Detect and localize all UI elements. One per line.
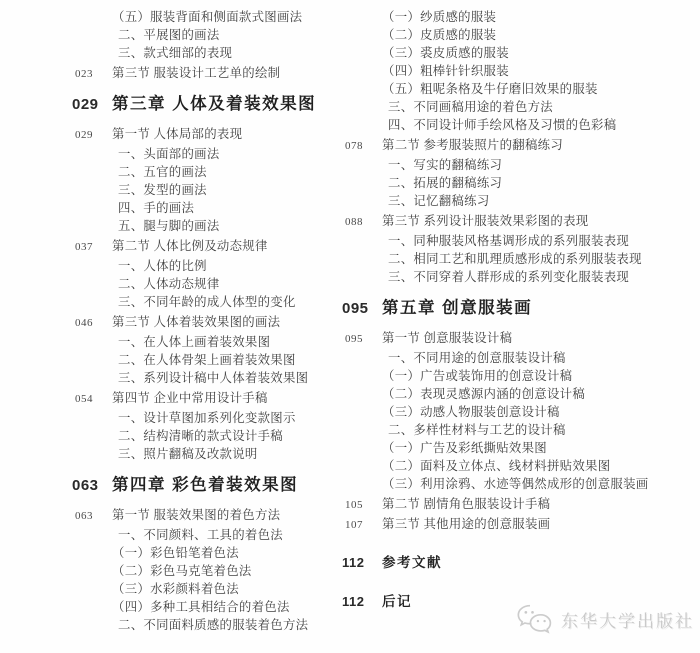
entry-title: 三、不同年龄的成人体型的变化 (118, 293, 296, 311)
entry-title: 第五章 创意服装画 (382, 296, 532, 320)
toc-column-right: （一）纱质感的服装（二）皮质感的服装（三）裘皮质感的服装（四）粗棒针针织服装（五… (332, 8, 694, 611)
toc-chapter: 095第五章 创意服装画 (332, 296, 694, 320)
entry-title: 第三节 其他用途的创意服装画 (382, 515, 550, 533)
entry-title: 三、不同画稿用途的着色方法 (388, 98, 553, 116)
toc-item: （二）表现灵感源内涵的创意设计稿 (332, 385, 694, 403)
toc-section: 023第三节 服装设计工艺单的绘制 (62, 64, 362, 82)
toc-item: 三、系列设计稿中人体着装效果图 (62, 369, 362, 387)
entry-title: 一、同种服装风格基调形成的系列服装表现 (388, 232, 629, 250)
entry-title: 第二节 人体比例及动态规律 (112, 237, 268, 255)
toc-chapter: 063第四章 彩色着装效果图 (62, 473, 362, 497)
toc-item: 二、在人体骨架上画着装效果图 (62, 351, 362, 369)
toc-section: 037第二节 人体比例及动态规律 (62, 237, 362, 255)
toc-item: 一、在人体上画着装效果图 (62, 333, 362, 351)
toc-item: 二、不同面料质感的服装着色方法 (62, 616, 362, 634)
entry-title: （二）皮质感的服装 (382, 26, 496, 44)
toc-section: 054第四节 企业中常用设计手稿 (62, 389, 362, 407)
toc-item: （五）粗呢条格及牛仔磨旧效果的服装 (332, 80, 694, 98)
toc-section: 029第一节 人体局部的表现 (62, 125, 362, 143)
toc-item: 一、头面部的画法 (62, 145, 362, 163)
toc-item: 三、照片翻稿及改款说明 (62, 445, 362, 463)
toc-item: 三、款式细部的表现 (62, 44, 362, 62)
entry-title: 一、设计草图加系列化变款图示 (118, 409, 296, 427)
toc-item: 二、平展图的画法 (62, 26, 362, 44)
toc-item: （一）广告及彩纸撕贴效果图 (332, 439, 694, 457)
toc-item: （一）纱质感的服装 (332, 8, 694, 26)
entry-title: 五、腿与脚的画法 (118, 217, 220, 235)
entry-title: （三）利用涂鸦、水迹等偶然成形的创意服装画 (382, 475, 649, 493)
entry-title: 一、头面部的画法 (118, 145, 220, 163)
toc-item: 三、不同穿着人群形成的系列变化服装表现 (332, 268, 694, 286)
publisher-name: 东华大学出版社 (561, 607, 694, 632)
page-number: 046 (62, 317, 112, 329)
entry-title: （二）表现灵感源内涵的创意设计稿 (382, 385, 585, 403)
entry-title: 第二节 剧情角色服装设计手稿 (382, 495, 550, 513)
page-number: 023 (62, 68, 112, 80)
toc-backmatter: 112参考文献 (332, 554, 694, 572)
toc-item: （三）裘皮质感的服装 (332, 44, 694, 62)
toc-item: 一、不同颜料、工具的着色法 (62, 526, 362, 544)
entry-title: 一、不同颜料、工具的着色法 (118, 526, 283, 544)
entry-title: 第四节 企业中常用设计手稿 (112, 389, 268, 407)
entry-title: 三、记忆翻稿练习 (388, 192, 490, 210)
toc-section: 105第二节 剧情角色服装设计手稿 (332, 495, 694, 513)
toc-item: 二、结构清晰的款式设计手稿 (62, 427, 362, 445)
entry-title: 第二节 参考服装照片的翻稿练习 (382, 136, 563, 154)
entry-title: 二、五官的画法 (118, 163, 207, 181)
toc-item: （一）彩色铅笔着色法 (62, 544, 362, 562)
toc-item: （一）广告或装饰用的创意设计稿 (332, 367, 694, 385)
entry-title: 二、相同工艺和肌理质感形成的系列服装表现 (388, 250, 642, 268)
toc-item: 一、人体的比例 (62, 257, 362, 275)
toc-item: 五、腿与脚的画法 (62, 217, 362, 235)
page-number: 105 (332, 499, 382, 511)
entry-title: 第一节 创意服装设计稿 (382, 329, 512, 347)
toc-item: 三、发型的画法 (62, 181, 362, 199)
entry-title: 一、人体的比例 (118, 257, 207, 275)
page-number: 054 (62, 393, 112, 405)
toc-item: 一、设计草图加系列化变款图示 (62, 409, 362, 427)
entry-title: 二、多样性材料与工艺的设计稿 (388, 421, 566, 439)
toc-item: 三、不同年龄的成人体型的变化 (62, 293, 362, 311)
entry-title: 三、款式细部的表现 (118, 44, 232, 62)
toc-item: 二、人体动态规律 (62, 275, 362, 293)
publisher-watermark: 东华大学出版社 (515, 599, 694, 639)
page-number: 112 (332, 555, 382, 570)
toc-section: 095第一节 创意服装设计稿 (332, 329, 694, 347)
toc-item: （二）皮质感的服装 (332, 26, 694, 44)
page-number: 112 (332, 594, 382, 609)
entry-title: 一、写实的翻稿练习 (388, 156, 502, 174)
entry-title: 第一节 人体局部的表现 (112, 125, 242, 143)
page-number: 029 (62, 96, 112, 113)
entry-title: 参考文献 (382, 554, 442, 572)
toc-section: 107第三节 其他用途的创意服装画 (332, 515, 694, 533)
toc-item: 三、不同画稿用途的着色方法 (332, 98, 694, 116)
entry-title: 第三章 人体及着装效果图 (112, 92, 316, 116)
entry-title: 二、结构清晰的款式设计手稿 (118, 427, 283, 445)
page-number: 029 (62, 129, 112, 141)
toc-section: 088第三节 系列设计服装效果彩图的表现 (332, 212, 694, 230)
entry-title: 四、手的画法 (118, 199, 194, 217)
entry-title: （四）粗棒针针织服装 (382, 62, 509, 80)
toc-item: 四、不同设计师手绘风格及习惯的色彩稿 (332, 116, 694, 134)
entry-title: 三、系列设计稿中人体着装效果图 (118, 369, 308, 387)
toc-item: （三）动感人物服装创意设计稿 (332, 403, 694, 421)
toc-section: 078第二节 参考服装照片的翻稿练习 (332, 136, 694, 154)
entry-title: （五）粗呢条格及牛仔磨旧效果的服装 (382, 80, 598, 98)
toc-item: 二、相同工艺和肌理质感形成的系列服装表现 (332, 250, 694, 268)
toc-item: 二、多样性材料与工艺的设计稿 (332, 421, 694, 439)
entry-title: （三）动感人物服装创意设计稿 (382, 403, 560, 421)
entry-title: 三、不同穿着人群形成的系列变化服装表现 (388, 268, 629, 286)
toc-item: （三）利用涂鸦、水迹等偶然成形的创意服装画 (332, 475, 694, 493)
entry-title: （三）裘皮质感的服装 (382, 44, 509, 62)
entry-title: 第四章 彩色着装效果图 (112, 473, 298, 497)
entry-title: （一）广告或装饰用的创意设计稿 (382, 367, 572, 385)
toc-item: 四、手的画法 (62, 199, 362, 217)
toc-column-left: （五）服装背面和侧面款式图画法二、平展图的画法三、款式细部的表现023第三节 服… (62, 8, 362, 634)
entry-title: 二、平展图的画法 (118, 26, 220, 44)
entry-title: 二、拓展的翻稿练习 (388, 174, 502, 192)
toc-item: （四）多种工具相结合的着色法 (62, 598, 362, 616)
entry-title: （一）纱质感的服装 (382, 8, 496, 26)
entry-title: 四、不同设计师手绘风格及习惯的色彩稿 (388, 116, 616, 134)
entry-title: （三）水彩颜料着色法 (112, 580, 239, 598)
toc-item: （三）水彩颜料着色法 (62, 580, 362, 598)
entry-title: （二）面料及立体点、线材料拼贴效果图 (382, 457, 610, 475)
entry-title: 后记 (382, 593, 412, 611)
page-number: 078 (332, 140, 382, 152)
entry-title: 第一节 服装效果图的着色方法 (112, 506, 280, 524)
entry-title: 一、在人体上画着装效果图 (118, 333, 270, 351)
toc-item: （二）彩色马克笔着色法 (62, 562, 362, 580)
toc-item: 一、同种服装风格基调形成的系列服装表现 (332, 232, 694, 250)
toc-page: （五）服装背面和侧面款式图画法二、平展图的画法三、款式细部的表现023第三节 服… (0, 0, 700, 653)
wechat-icon (515, 599, 555, 639)
entry-title: 第三节 服装设计工艺单的绘制 (112, 64, 280, 82)
toc-item: 二、拓展的翻稿练习 (332, 174, 694, 192)
toc-item: 一、写实的翻稿练习 (332, 156, 694, 174)
entry-title: 三、照片翻稿及改款说明 (118, 445, 258, 463)
page-number: 063 (62, 477, 112, 494)
page-number: 088 (332, 216, 382, 228)
entry-title: 三、发型的画法 (118, 181, 207, 199)
toc-section: 063第一节 服装效果图的着色方法 (62, 506, 362, 524)
entry-title: 一、不同用途的创意服装设计稿 (388, 349, 566, 367)
page-number: 095 (332, 300, 382, 317)
toc-item: （四）粗棒针针织服装 (332, 62, 694, 80)
entry-title: 二、不同面料质感的服装着色方法 (118, 616, 308, 634)
entry-title: （四）多种工具相结合的着色法 (112, 598, 290, 616)
toc-item: 三、记忆翻稿练习 (332, 192, 694, 210)
entry-title: 第三节 人体着装效果图的画法 (112, 313, 280, 331)
entry-title: （一）广告及彩纸撕贴效果图 (382, 439, 547, 457)
entry-title: 二、在人体骨架上画着装效果图 (118, 351, 296, 369)
entry-title: 第三节 系列设计服装效果彩图的表现 (382, 212, 588, 230)
toc-item: 二、五官的画法 (62, 163, 362, 181)
toc-item: （五）服装背面和侧面款式图画法 (62, 8, 362, 26)
page-number: 107 (332, 519, 382, 531)
entry-title: （二）彩色马克笔着色法 (112, 562, 252, 580)
toc-item: （二）面料及立体点、线材料拼贴效果图 (332, 457, 694, 475)
entry-title: （一）彩色铅笔着色法 (112, 544, 239, 562)
toc-section: 046第三节 人体着装效果图的画法 (62, 313, 362, 331)
entry-title: 二、人体动态规律 (118, 275, 220, 293)
page-number: 063 (62, 510, 112, 522)
entry-title: （五）服装背面和侧面款式图画法 (112, 8, 302, 26)
toc-chapter: 029第三章 人体及着装效果图 (62, 92, 362, 116)
page-number: 037 (62, 241, 112, 253)
page-number: 095 (332, 333, 382, 345)
toc-item: 一、不同用途的创意服装设计稿 (332, 349, 694, 367)
